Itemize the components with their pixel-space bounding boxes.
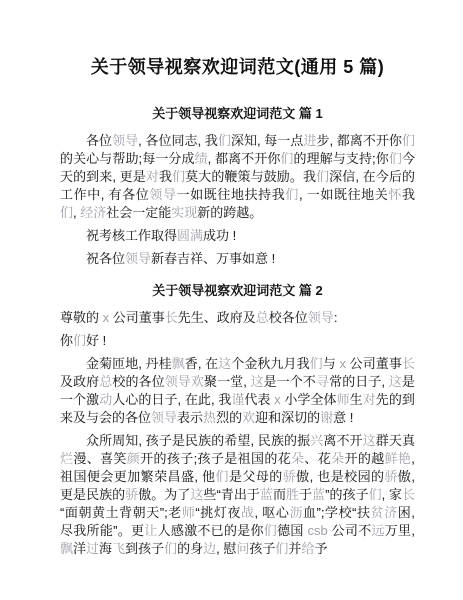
text-run: 们 — [218, 133, 231, 148]
text-run: : — [334, 310, 338, 325]
text-run: 常的日子, — [329, 374, 389, 389]
text-run: 祝各位 — [86, 251, 125, 266]
document-page: 关于领导视察欢迎词范文(通用 5 篇) 关于领导视察欢迎词范文 篇 1 各位领导… — [0, 0, 463, 600]
text-run: 们 — [275, 541, 288, 556]
text-run: 寻 — [316, 374, 329, 389]
text-run: 离不开 — [323, 433, 362, 448]
text-run: 我 — [402, 187, 415, 202]
paragraph-s2-welcome: 金菊匝地, 丹桂飘香, 在这个金秋九月我们与 x 公司董事长及政府总校的各位领导… — [60, 355, 415, 427]
text-run: 圆满 — [177, 228, 203, 243]
text-run: 并 — [288, 541, 301, 556]
text-run: 意 ! — [333, 410, 353, 425]
text-run: 个金秋九月我 — [231, 356, 309, 371]
text-run: 代表 — [244, 392, 274, 407]
text-run: 人感激不已的是你 — [158, 523, 264, 538]
text-run: 成功 ! — [203, 228, 236, 243]
text-run: 对 — [363, 392, 376, 407]
text-run: 绩 — [195, 151, 208, 166]
text-run: 飘 — [60, 541, 73, 556]
text-run: 领导 — [308, 310, 334, 325]
text-run: 这 — [363, 433, 376, 448]
text-run: 动 — [99, 392, 112, 407]
text-run: 金菊匝地, 丹桂 — [86, 356, 172, 371]
text-run: 领导 — [125, 251, 151, 266]
paragraph-s1-wish-2: 祝各位领导新春吉祥、万事如意 ! — [60, 250, 415, 268]
paragraph-s2-children: 众所周知, 孩子是民族的希望, 民族的振兴离不开这群天真烂漫、喜笑颜开的孩子;孩… — [60, 432, 415, 558]
text-run: 烈的 — [216, 410, 242, 425]
text-run: 及政府 — [60, 374, 99, 389]
text-run: 师 — [182, 505, 196, 520]
text-run: 海 — [99, 541, 112, 556]
text-run: 傲, 也是校园的 — [296, 469, 384, 484]
text-run: 飘 — [172, 356, 185, 371]
text-run: 各位 — [86, 133, 112, 148]
text-run: 欢 — [242, 410, 255, 425]
text-run: 于 — [299, 487, 312, 502]
text-run: 进 — [303, 133, 316, 148]
text-run: 领导 — [165, 374, 191, 389]
text-run: 们 — [73, 333, 86, 348]
text-run: 蓝 — [312, 487, 325, 502]
text-run: 领导 — [112, 133, 138, 148]
text-run: 莫大的鞭策与鼓励。我 — [185, 169, 316, 184]
text-run: 新的跨越。 — [197, 205, 262, 220]
text-run: 校各位 — [269, 310, 308, 325]
text-run: 们 — [216, 469, 229, 484]
text-run: 胜 — [286, 487, 299, 502]
text-run: 蓝 — [260, 487, 273, 502]
text-run: 长 — [402, 487, 415, 502]
text-run: 过 — [86, 541, 99, 556]
text-run: 颜 — [127, 451, 140, 466]
text-run: 沥 — [289, 505, 303, 520]
text-run: 们 — [172, 169, 185, 184]
text-run: 谢 — [320, 410, 333, 425]
text-run: 们 — [389, 151, 402, 166]
text-run: , 慰 — [216, 541, 236, 556]
text-run: 漫、喜笑 — [73, 451, 126, 466]
text-run: 是父母的 — [229, 469, 283, 484]
paragraph-s1-wish-1: 祝考核工作取得圆满成功 ! — [60, 227, 415, 245]
text-run: 贫 — [371, 505, 385, 520]
text-run: 实现 — [171, 205, 197, 220]
text-run: 先生、政府及 — [178, 310, 256, 325]
text-run: 对 — [146, 169, 159, 184]
text-run: , 一如既往地关 — [299, 187, 388, 202]
text-run: 开的孩子;孩子是祖国的花 — [140, 451, 291, 466]
text-run: 表示 — [177, 410, 203, 425]
text-run: 你 — [60, 333, 73, 348]
text-run: 长 — [165, 310, 178, 325]
text-run: 迎和深切的 — [255, 410, 320, 425]
text-run: 小学全体 — [281, 392, 337, 407]
text-run: 们 — [316, 169, 329, 184]
text-run: 尊敬的 — [60, 310, 103, 325]
text-run: 新春吉祥、万事如意 ! — [151, 251, 275, 266]
text-run: 的关心与帮助;每一分成 — [60, 151, 195, 166]
text-run: 校的各位 — [112, 374, 164, 389]
text-run: 生 — [350, 392, 363, 407]
text-run: 济 — [384, 505, 398, 520]
text-run: 问 — [236, 541, 249, 556]
text-run: 孩子 — [249, 541, 275, 556]
text-run: 深知, 每一点 — [231, 133, 303, 148]
text-run: 骄 — [283, 469, 296, 484]
text-run: 这 — [218, 356, 231, 371]
text-run: csb — [308, 523, 328, 538]
text-run: 这 — [251, 374, 264, 389]
text-run: 总 — [99, 374, 112, 389]
text-run: 公司董事 — [109, 310, 165, 325]
text-run: 师 — [337, 392, 350, 407]
text-run: 骄 — [125, 487, 138, 502]
text-run: 领导 — [149, 187, 176, 202]
text-run: 洋 — [73, 541, 86, 556]
text-run: 这 — [190, 487, 203, 502]
text-run: 德国 — [277, 523, 307, 538]
text-run: 这 — [389, 374, 402, 389]
text-run: “面朝黄土背朝天”;老 — [60, 505, 182, 520]
text-run: 是一个不 — [264, 374, 316, 389]
text-run: 让 — [144, 523, 157, 538]
text-run: 万里, — [385, 523, 415, 538]
text-run: 、花 — [304, 451, 331, 466]
paragraph-s2-greeting: 你们好 ! — [60, 332, 415, 350]
text-run: 兴 — [310, 433, 323, 448]
text-run: 边 — [203, 541, 216, 556]
paragraph-s1-body: 各位领导, 各位同志, 我们深知, 每一点进步, 都离不开你们的关心与帮助;每一… — [60, 132, 415, 222]
section-heading-1: 关于领导视察欢迎词范文 篇 1 — [60, 103, 415, 122]
text-run: 的身 — [177, 541, 203, 556]
text-run: 怀 — [388, 187, 402, 202]
text-run: 战 — [241, 505, 255, 520]
text-run: 到孩子 — [125, 541, 164, 556]
text-run: 的理解与支持;你 — [294, 151, 389, 166]
text-run: , 都离不开你 — [208, 151, 281, 166]
text-run: , 呕心 — [255, 505, 290, 520]
text-run: 鲜艳 — [385, 451, 412, 466]
text-run: ”的孩子 — [325, 487, 368, 502]
text-run: 众所周知, 孩子是民族的希望, 民族的振 — [86, 433, 310, 448]
text-run: 们 — [164, 541, 177, 556]
text-run: 经济 — [80, 205, 106, 220]
text-run: 朵 — [291, 451, 304, 466]
text-run: 飞 — [112, 541, 125, 556]
text-run: 祝考核工作取得 — [86, 228, 177, 243]
text-run: 而 — [273, 487, 286, 502]
text-run: 长 — [402, 356, 415, 371]
text-run: 给 — [301, 541, 314, 556]
text-run: 群天真 — [376, 433, 415, 448]
text-run: 好 ! — [86, 333, 106, 348]
text-run: , 家 — [382, 487, 402, 502]
text-run: 步, 都离不开你 — [316, 133, 402, 148]
text-run: 开的越 — [344, 451, 384, 466]
text-run: 们 — [285, 187, 299, 202]
text-run: 与 — [323, 356, 340, 371]
text-run: 我 — [159, 169, 172, 184]
text-run: 烂 — [60, 451, 73, 466]
text-run: 们 — [280, 151, 293, 166]
text-run: 谨 — [231, 392, 244, 407]
text-run: 们 — [310, 356, 323, 371]
text-run: 总 — [256, 310, 269, 325]
text-run: 们 — [264, 523, 277, 538]
text-run: 社会一定能 — [106, 205, 171, 220]
text-run: 欢 — [191, 374, 204, 389]
text-run: 血”;学校“扶 — [303, 505, 371, 520]
section-heading-2: 关于领导视察欢迎词范文 篇 2 — [60, 280, 415, 299]
paragraph-s2-salutation: 尊敬的 x 公司董事长先生、政府及总校各位领导: — [60, 309, 415, 327]
text-run: 人心的日子, 在此, 我 — [112, 392, 231, 407]
text-run: 朵 — [331, 451, 344, 466]
text-run: 香, 在 — [185, 356, 218, 371]
text-run: 们 — [60, 205, 73, 220]
text-run: 们 — [369, 487, 382, 502]
text-run: 些“青出于 — [203, 487, 260, 502]
document-title: 关于领导视察欢迎词范文(通用 5 篇) — [60, 53, 415, 79]
text-run: 聚一堂, — [204, 374, 251, 389]
text-run: 领导 — [151, 410, 177, 425]
text-run: 们 — [402, 133, 415, 148]
text-run: 公司不 — [328, 523, 372, 538]
text-run: 予 — [314, 541, 327, 556]
text-run: 远 — [371, 523, 384, 538]
text-run: , 各位同志, 我 — [138, 133, 218, 148]
text-run: 热 — [203, 410, 216, 425]
text-run: 一如既往地扶持我 — [177, 187, 286, 202]
text-run: 骄 — [384, 469, 397, 484]
text-run: “挑灯夜 — [195, 505, 241, 520]
text-run: 公司董事 — [346, 356, 402, 371]
text-run: 傲。为了 — [138, 487, 190, 502]
